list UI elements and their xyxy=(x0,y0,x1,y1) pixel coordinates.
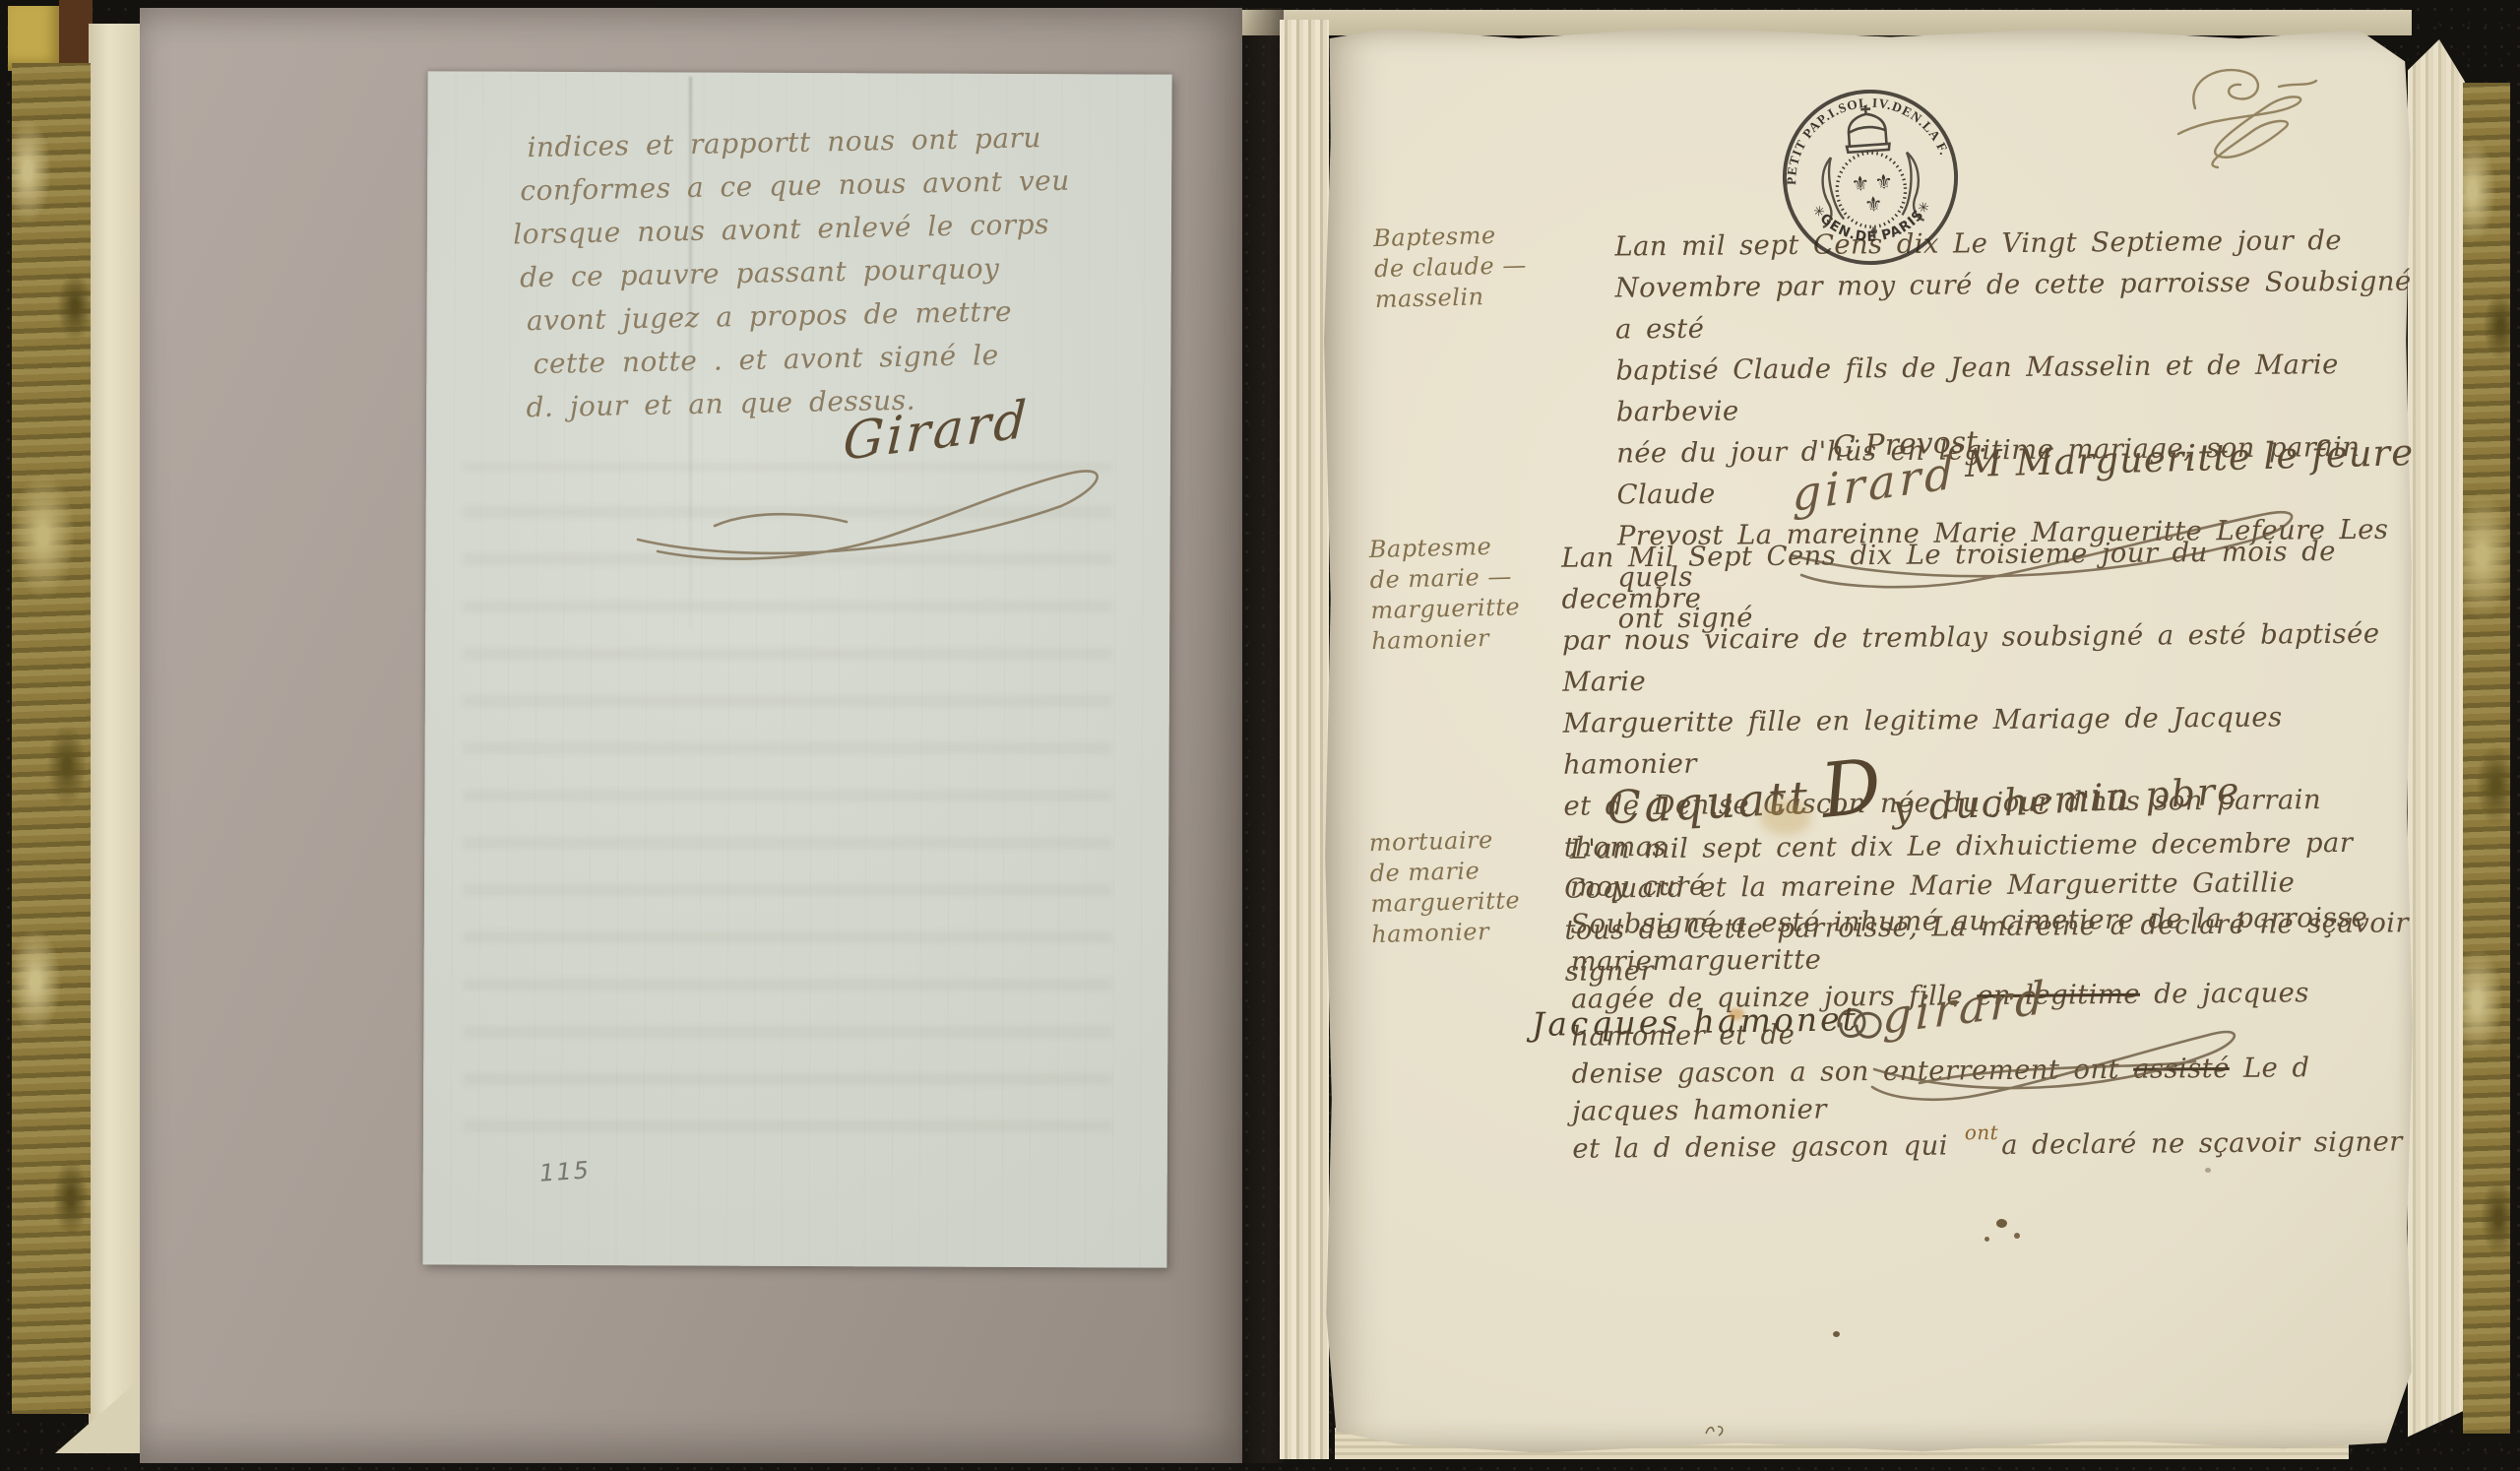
line-segment: a declaré ne sçavoir signer xyxy=(2001,1125,2403,1161)
left-board-marbled-cover xyxy=(12,63,91,1414)
record-line-with-insertion: et la d denise gascon qui onta declaré n… xyxy=(1572,1122,2426,1170)
ink-spot xyxy=(2014,1233,2020,1239)
line-segment: et la d denise gascon qui xyxy=(1572,1129,1962,1164)
right-board-marbled-cover xyxy=(2463,83,2510,1434)
fleur-de-lis-icon: ⚜ xyxy=(1863,192,1883,217)
record-line: Lan mil sept Cens dix Le Vingt Septieme … xyxy=(1614,219,2412,267)
left-vellum-spine-strip xyxy=(89,24,140,1449)
ink-spot xyxy=(1984,1237,1989,1242)
record-line: Margueritte fille en legitime Mariage de… xyxy=(1562,695,2416,786)
book-photograph: indices et rapportt nous ont paru confor… xyxy=(0,0,2520,1471)
small-ink-mark xyxy=(1703,1422,1729,1439)
gutter-shadow xyxy=(1236,8,1284,1463)
gutter-page-edges xyxy=(1280,20,1329,1459)
record-line: par nous vicaire de tremblay soubsigné a… xyxy=(1562,612,2416,703)
record-line: L'an mil sept cent dix Le dixhuictieme d… xyxy=(1570,823,2425,906)
spine-corner xyxy=(59,0,93,71)
signature-flourish xyxy=(1860,1014,2274,1113)
ink-spot xyxy=(1833,1331,1840,1337)
pencil-page-number: 115 xyxy=(538,1156,592,1187)
signature-ornate-initial: D xyxy=(1817,741,1886,835)
paper-tax-stamp: PETIT PAP.I.SOL IV.DEN.LA F. ✳GEN.DE PAR… xyxy=(1772,79,1970,277)
record-line: Lan Mil Sept Cens dix Le troisieme jour … xyxy=(1561,530,2415,620)
signature-jacques-hamonet: Jacques hamonet xyxy=(1532,999,1858,1044)
foxing-stain xyxy=(1760,799,1811,835)
margin-line: masselin xyxy=(1374,279,1611,315)
inserted-word: ont xyxy=(1965,1120,1998,1144)
ink-spot xyxy=(1996,1219,2007,1228)
record-line: Soubsigné a esté inhumé au cimetiere de … xyxy=(1570,898,2425,981)
record-line: Novembre par moy curé de cette parroisse… xyxy=(1615,260,2414,350)
ink-spot xyxy=(2205,1168,2211,1173)
cover-corner-patch xyxy=(8,6,59,71)
margin-note-baptism-claude: Baptesme de claude — masselin xyxy=(1373,218,1611,315)
fleur-de-lis-icon: ⚜ xyxy=(1874,169,1894,194)
left-sheet-text: indices et rapportt nous ont paru confor… xyxy=(527,114,1163,429)
record-line: baptisé Claude fils de Jean Masselin et … xyxy=(1615,343,2414,432)
right-fore-edge-pages xyxy=(2408,39,2465,1445)
signature-flourish xyxy=(598,445,1150,573)
stamp-arms-oval: ⚜ ⚜ ⚜ xyxy=(1835,151,1908,229)
corner-paraph-flourish xyxy=(2161,57,2323,180)
foxing-stain xyxy=(1729,1008,1744,1020)
